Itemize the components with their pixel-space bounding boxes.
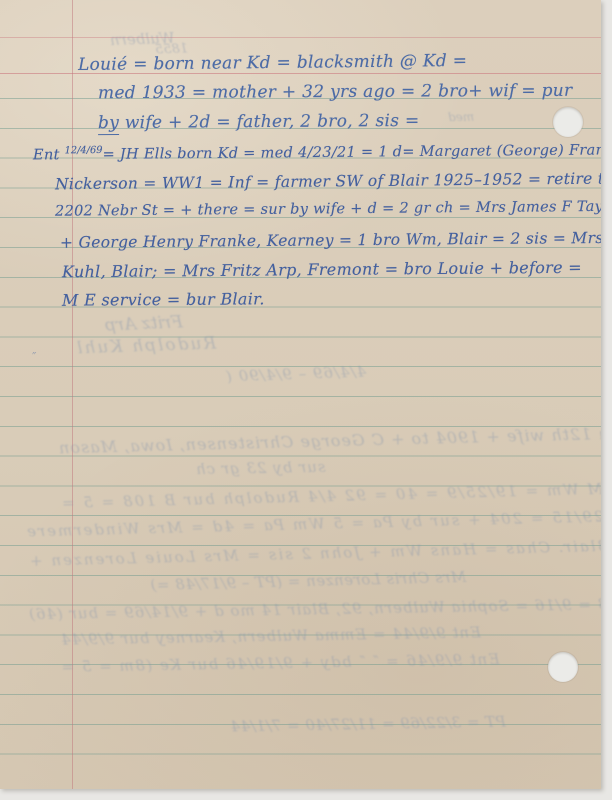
top-header-line — [0, 37, 601, 38]
margin-ditto-mark: ″ — [32, 350, 36, 364]
handwritten-line-9: M E service = bur Blair. — [62, 289, 265, 309]
handwritten-line-3: by wife + 2d = father, 2 bro, 2 sis = — [98, 111, 420, 133]
punch-hole-bottom — [548, 652, 578, 682]
underlined-word: by — [98, 113, 119, 135]
line-3-rest: wife + 2d = father, 2 bro, 2 sis = — [119, 111, 420, 133]
line-4-prefix: Ent — [33, 147, 65, 163]
bleed-through-line: Fritz Arp — [105, 312, 184, 335]
notebook-page: Wulbern 1855 med Fritz Arp Rudolph Kuhl … — [0, 0, 601, 789]
handwritten-line-2: med 1933 = mother + 32 yrs ago = 2 bro+ … — [98, 81, 573, 103]
bleed-through-line: sur by 23 gr ch — [195, 458, 326, 478]
line-4-date-superscript: 12/4/69 — [64, 145, 102, 156]
bleed-through-line: med — [448, 110, 474, 124]
scanned-document: Wulbern 1855 med Fritz Arp Rudolph Kuhl … — [0, 0, 612, 800]
handwritten-line-1: Louié = born near Kd = blacksmith @ Kd = — [78, 51, 468, 75]
punch-hole-top — [553, 107, 583, 137]
